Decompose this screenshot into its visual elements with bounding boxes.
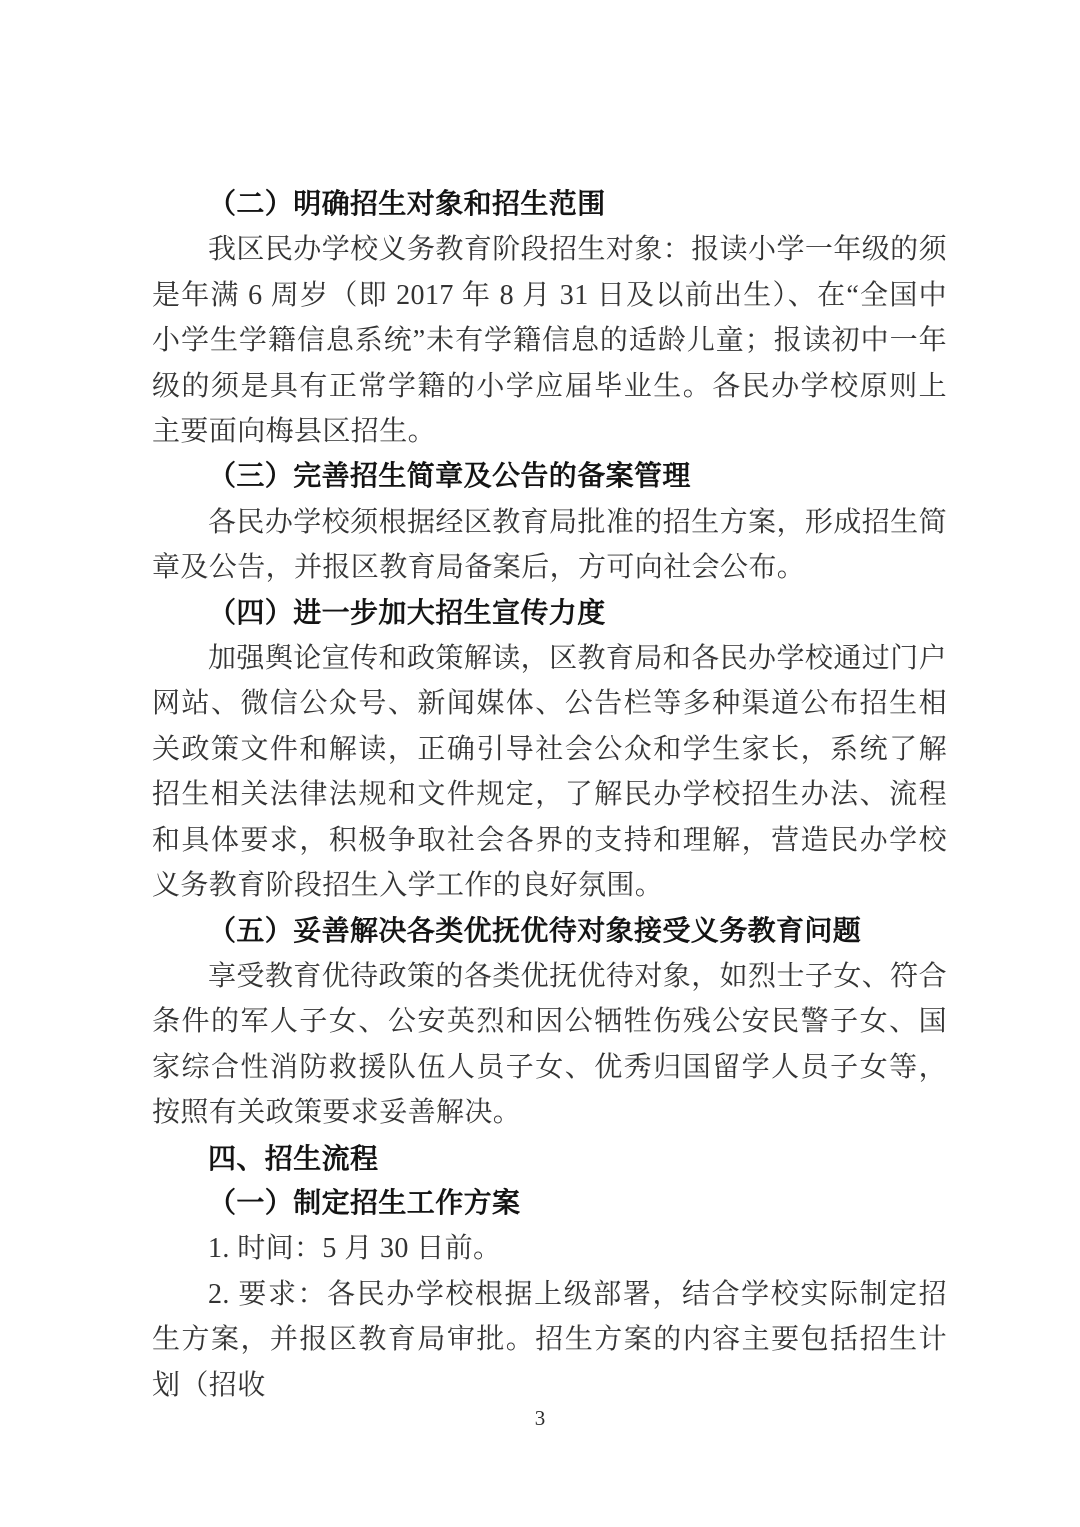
paragraph-item-requirements: 2. 要求：各民办学校根据上级部署，结合学校实际制定招生方案，并报区教育局审批。… bbox=[152, 1272, 947, 1408]
paragraph-preferential-treatment: 享受教育优待政策的各类优抚优待对象，如烈士子女、符合条件的军人子女、公安英烈和因… bbox=[152, 954, 947, 1136]
paragraph-item-time: 1. 时间：5 月 30 日前。 bbox=[152, 1226, 947, 1271]
section-heading-4: （四）进一步加大招生宣传力度 bbox=[152, 591, 947, 636]
document-body: （二）明确招生对象和招生范围 我区民办学校义务教育阶段招生对象：报读小学一年级的… bbox=[152, 182, 947, 1408]
section-heading-2: （二）明确招生对象和招生范围 bbox=[152, 182, 947, 227]
paragraph-publicity: 加强舆论宣传和政策解读，区教育局和各民办学校通过门户网站、微信公众号、新闻媒体、… bbox=[152, 636, 947, 908]
section-heading-5: （五）妥善解决各类优抚优待对象接受义务教育问题 bbox=[152, 909, 947, 954]
paragraph-filing-management: 各民办学校须根据经区教育局批准的招生方案，形成招生简章及公告，并报区教育局备案后… bbox=[152, 500, 947, 591]
section-heading-work-plan: （一）制定招生工作方案 bbox=[152, 1181, 947, 1226]
section-heading-3: （三）完善招生简章及公告的备案管理 bbox=[152, 454, 947, 499]
paragraph-enrollment-targets: 我区民办学校义务教育阶段招生对象：报读小学一年级的须是年满 6 周岁（即 201… bbox=[152, 227, 947, 454]
chapter-heading-enrollment-process: 四、招生流程 bbox=[152, 1136, 947, 1181]
page-number: 3 bbox=[0, 1406, 1080, 1431]
document-page: （二）明确招生对象和招生范围 我区民办学校义务教育阶段招生对象：报读小学一年级的… bbox=[0, 0, 1080, 1527]
